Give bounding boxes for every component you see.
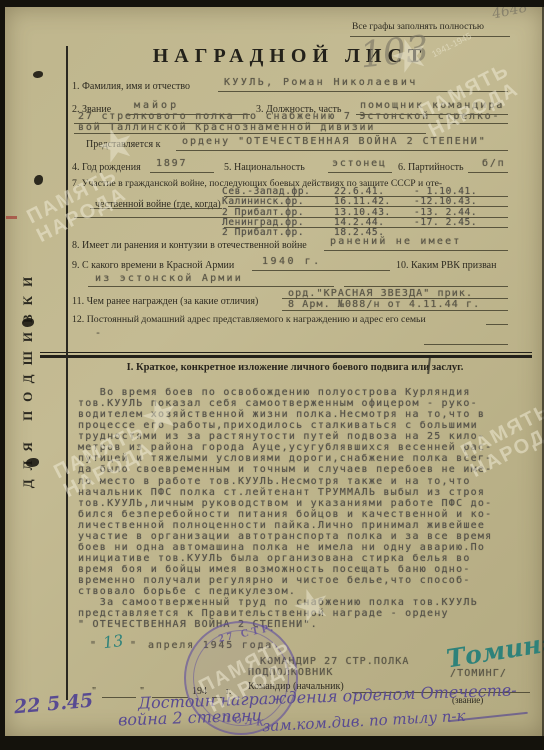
- margin-vertical-label: ДЛЯ ПОДШИВКИ: [20, 164, 36, 592]
- field-underline: [344, 286, 508, 287]
- front-from: 13.10.43.: [334, 207, 414, 217]
- field-underline: [218, 91, 508, 92]
- date-open-quote: ": [90, 640, 98, 651]
- front-to: - 1.10.41.: [414, 186, 509, 196]
- field-6-label: 6. Партийность: [398, 162, 464, 173]
- front-name: Сев.-Запад.фр.: [222, 186, 334, 196]
- date-close-quote: ": [130, 640, 138, 651]
- section-1-heading: I. Краткое, конкретное изложение личного…: [90, 362, 500, 373]
- field-underline: [324, 250, 508, 251]
- field-underline: [424, 344, 508, 345]
- front-name: Ленинград.фр.: [222, 217, 334, 227]
- field-12-label: 12. Постоянный домашний адрес представля…: [72, 314, 426, 325]
- presented-label: Представляется к: [86, 139, 161, 150]
- field-underline: [150, 172, 214, 173]
- field-10-label: 10. Каким РВК призван: [396, 260, 496, 271]
- separator-line: [40, 352, 532, 353]
- field-underline: [282, 298, 508, 299]
- field-4-value: 1897: [156, 158, 187, 169]
- field-underline: [328, 172, 392, 173]
- field-underline: [90, 208, 222, 209]
- field-9-label: 9. С какого времени в Красной Армии: [72, 260, 234, 271]
- field-7-entries: Сев.-Запад.фр. 22.6.41. - 1.10.41. Калин…: [222, 186, 509, 237]
- field-10-value: из эстонской Армии: [95, 273, 243, 284]
- handwritten-page-number: 103: [358, 29, 431, 77]
- field-underline: [468, 172, 508, 173]
- field-3-value: помощник командира: [360, 100, 504, 111]
- field-5-value: эстонец: [332, 158, 387, 169]
- field-8-label: 8. Имеет ли ранения и контузии в отечест…: [72, 240, 307, 251]
- handwritten-day: 13: [102, 631, 125, 652]
- field-12-value: -: [95, 328, 103, 339]
- field-11-value-line2: 8 Арм. №088/н от 4.11.44 г.: [288, 299, 480, 310]
- scan-edge-left: [0, 0, 5, 750]
- field-underline: [88, 286, 334, 287]
- presented-value: ордену "ОТЕЧЕСТВЕННАЯ ВОЙНА 2 СТЕПЕНИ": [182, 136, 487, 147]
- field-1-label: 1. Фамилия, имя и отчество: [72, 81, 190, 92]
- separator-line-thick: [40, 355, 532, 358]
- field-underline: [74, 133, 426, 134]
- field-6-value: б/п: [482, 158, 505, 169]
- front-entry: Сев.-Запад.фр. 22.6.41. - 1.10.41.: [222, 186, 509, 196]
- scan-edge-bottom: [0, 736, 544, 750]
- field-underline: [252, 270, 390, 271]
- front-to: -13. 2.44.: [414, 207, 509, 217]
- front-entry: 2 Прибалт.фр. 13.10.43. -13. 2.44.: [222, 207, 509, 217]
- front-name: 2 Прибалт.фр.: [222, 227, 334, 237]
- front-from: 22.6.41.: [334, 186, 414, 196]
- field-underline: [282, 310, 508, 311]
- field-5-label: 5. Национальность: [224, 162, 305, 173]
- field-3-value-line3: вой Таллинской Краснознаменной дивизии: [78, 122, 375, 133]
- front-to: -17. 2.45.: [414, 217, 509, 227]
- field-1-value: КУУЛЬ, Роман Николаевич: [224, 77, 418, 88]
- field-underline: [486, 324, 508, 325]
- field-underline: [74, 217, 508, 218]
- preprint-date-line: [102, 697, 136, 698]
- award-sheet-scan: ДЛЯ ПОДШИВКИ Все графы заполнять полност…: [0, 0, 544, 750]
- front-name: 2 Прибалт.фр.: [222, 207, 334, 217]
- field-11-label: 11. Чем ранее награжден (за какие отличи…: [72, 296, 258, 307]
- scan-edge-top: [0, 0, 544, 7]
- margin-rule: [66, 46, 68, 700]
- field-9-value: 1940 г.: [262, 256, 322, 267]
- citation-body: Во время боев по освобождению полуостров…: [78, 387, 512, 630]
- red-mark: [6, 216, 17, 219]
- front-entry: Ленинград.фр. 14.2.44. -17. 2.45.: [222, 217, 509, 227]
- field-underline: [228, 206, 508, 207]
- field-underline: [224, 227, 508, 228]
- field-4-label: 4. Год рождения: [72, 162, 141, 173]
- field-underline: [224, 196, 508, 197]
- front-from: 14.2.44.: [334, 217, 414, 227]
- field-8-value: ранений не имеет: [330, 236, 462, 247]
- field-2-value: майор: [134, 100, 179, 111]
- field-3-value-line2: 27 стрелкового полка по снабжению 7 Эсто…: [78, 111, 500, 122]
- field-underline: [176, 150, 508, 151]
